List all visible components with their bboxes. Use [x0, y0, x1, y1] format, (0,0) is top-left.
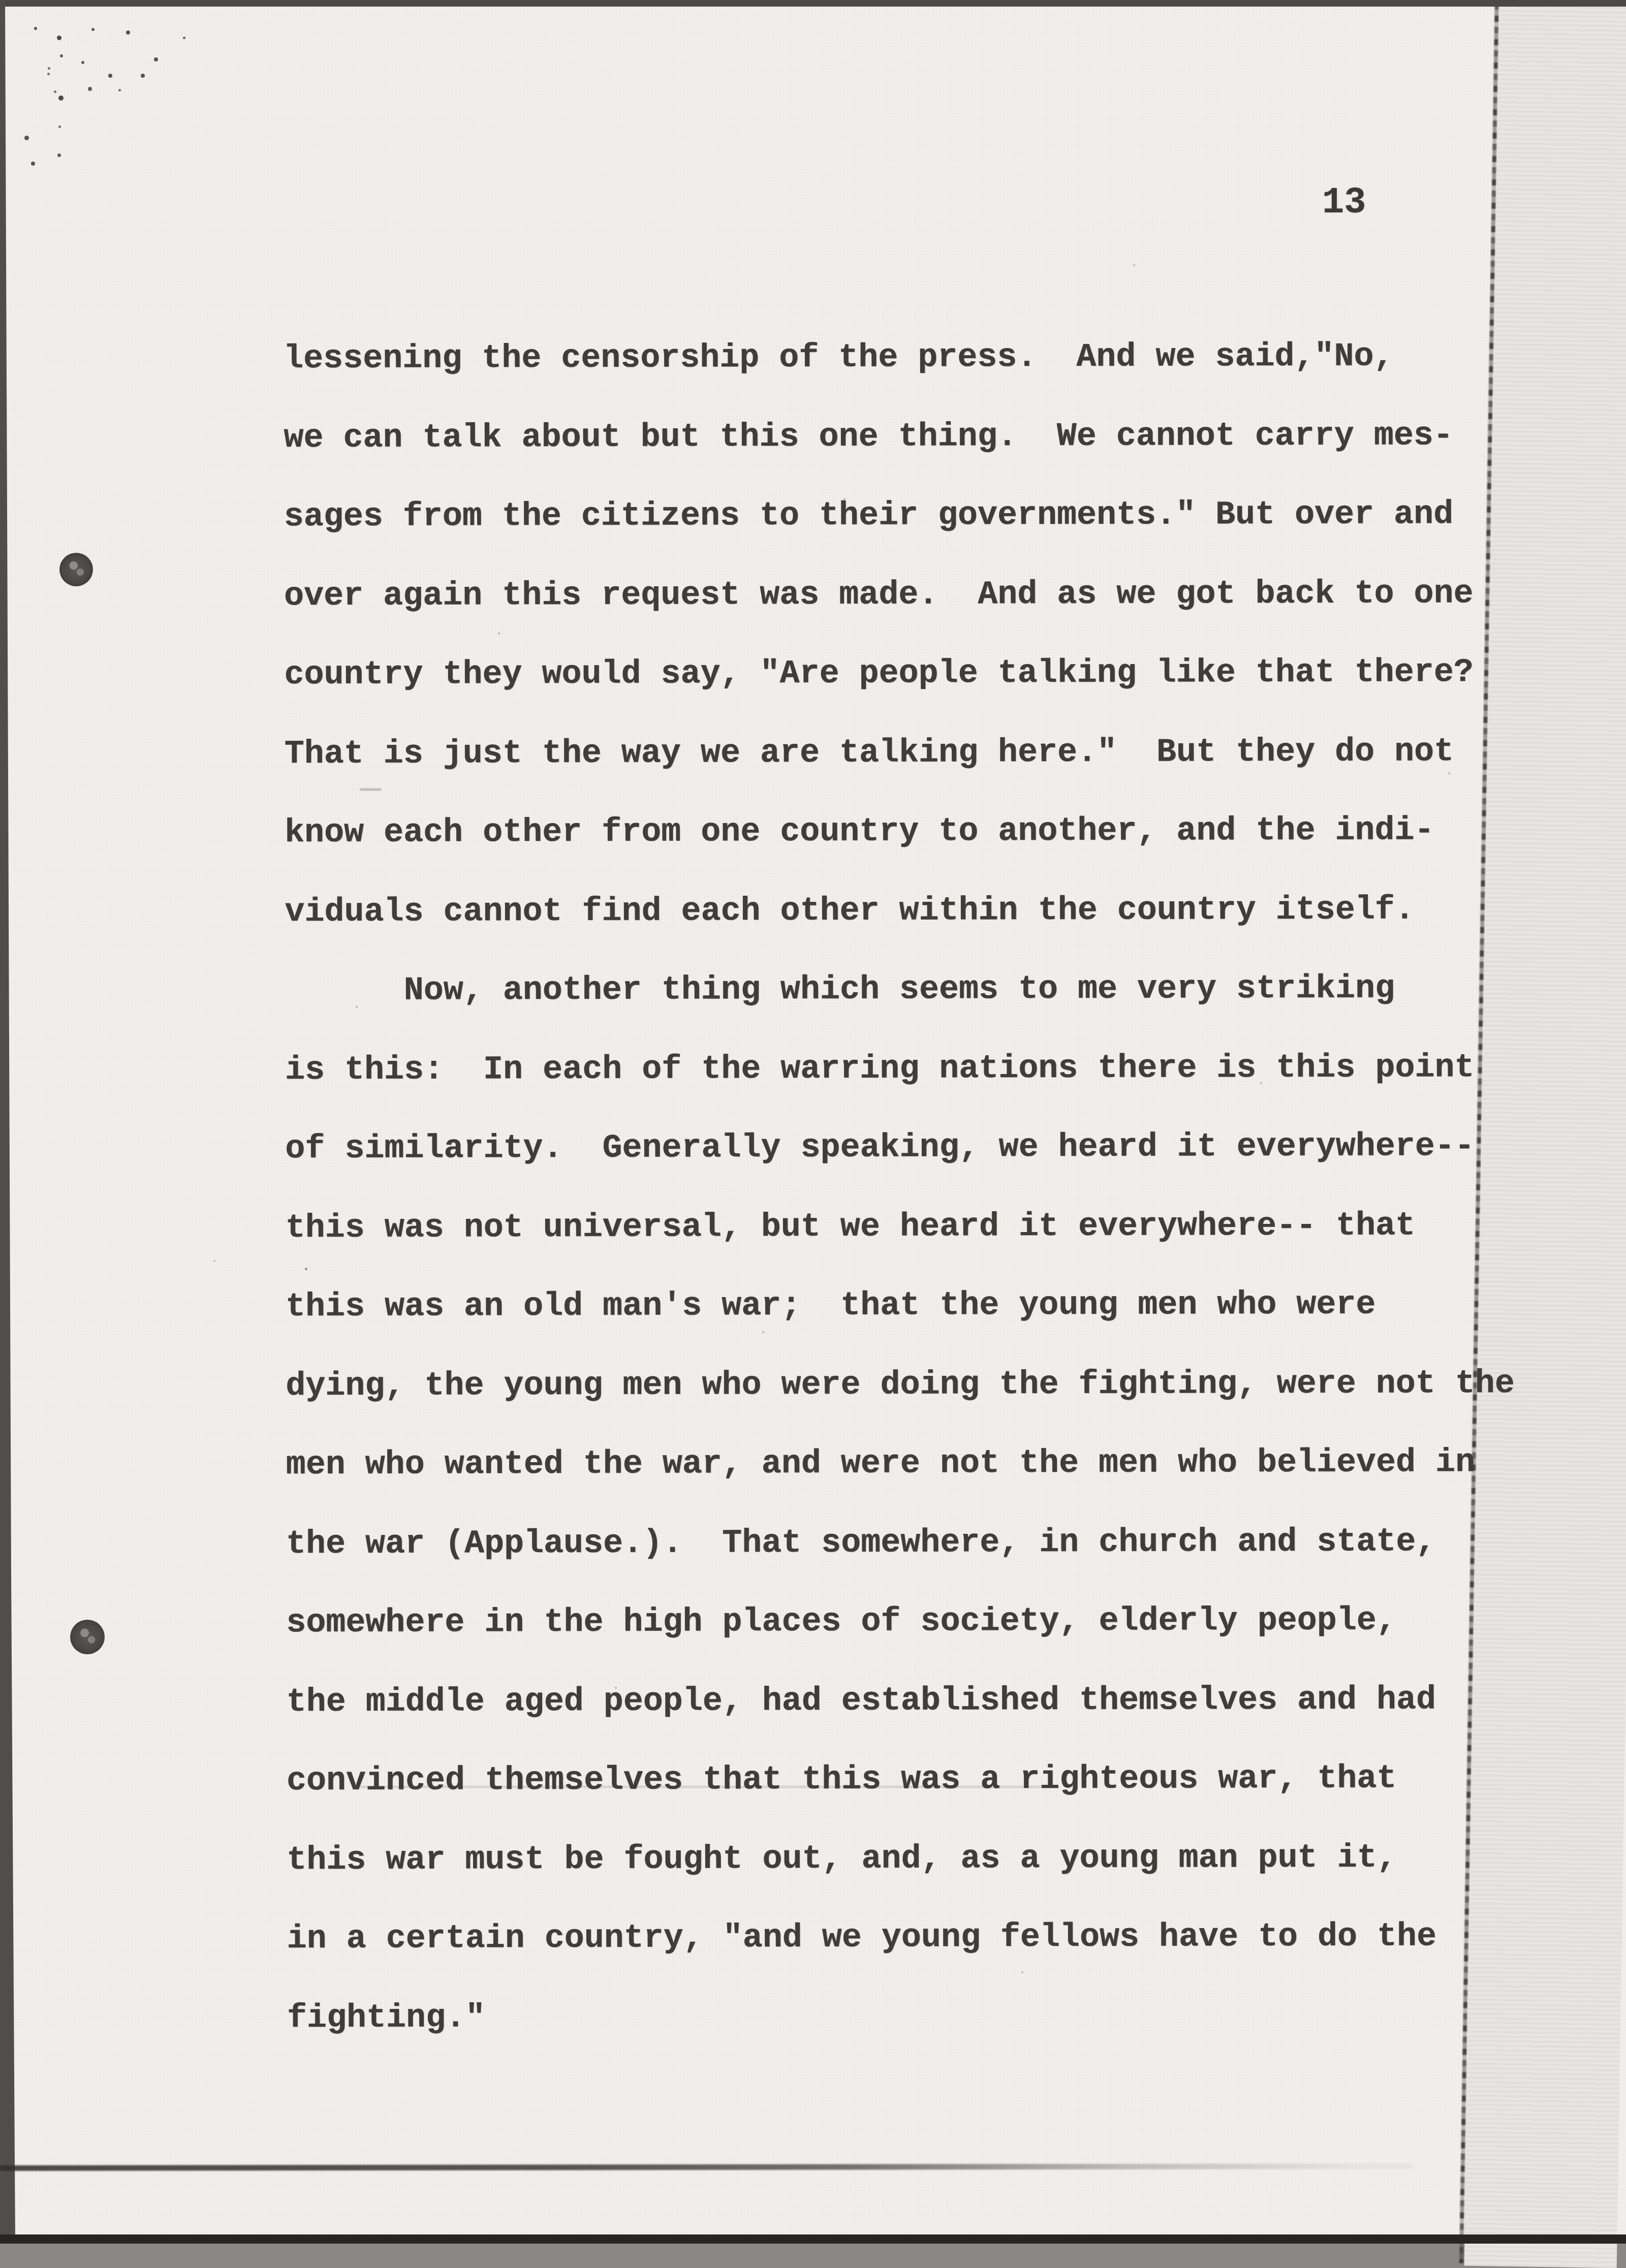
ink-speck [57, 36, 61, 40]
top-scan-edge [0, 0, 1626, 7]
ink-speck [81, 61, 84, 64]
text-line: men who wanted the war, and were not the… [286, 1444, 1556, 1526]
ink-speck [126, 30, 130, 35]
ink-speck [47, 73, 50, 75]
left-scan-edge [0, 0, 20, 2244]
text-line: over again this request was made. And as… [284, 575, 1554, 656]
ink-speck [183, 37, 185, 39]
text-line: the middle aged people, had established … [287, 1681, 1557, 1762]
ink-speck [1133, 264, 1135, 266]
text-line: this war must be fought out, and, as a y… [287, 1839, 1557, 1920]
text-line: lessening the censorship of the press. A… [284, 338, 1554, 420]
text-line: sages from the citizens to their governm… [284, 496, 1554, 578]
text-line: of similarity. Generally speaking, we he… [285, 1128, 1555, 1210]
ink-speck [57, 153, 61, 157]
bottom-scan-band [0, 2234, 1626, 2244]
ink-speck [54, 90, 56, 93]
ink-speck [48, 67, 50, 70]
page-number: 13 [1322, 182, 1366, 224]
text-line: the war (Applause.). That somewhere, in … [286, 1523, 1556, 1604]
typed-text-block: lessening the censorship of the press. A… [284, 338, 1557, 2078]
text-line: fighting." [287, 1997, 1557, 2078]
bottom-crease-line [0, 2163, 1413, 2171]
ink-speck [60, 54, 63, 57]
ink-speck [31, 162, 35, 166]
ink-speck [24, 136, 29, 140]
text-line: That is just the way we are talking here… [285, 733, 1555, 814]
ink-speck [88, 87, 92, 91]
text-line: is this: In each of the warring nations … [285, 1049, 1555, 1130]
hole-punch-mark-top [59, 553, 93, 586]
text-line: convinced themselves that this was a rig… [287, 1760, 1557, 1842]
text-line: in a certain country, "and we young fell… [287, 1918, 1557, 2000]
text-line: know each other from one country to anot… [285, 812, 1555, 894]
text-line: this was not universal, but we heard it … [286, 1207, 1556, 1288]
text-line: Now, another thing which seems to me ver… [285, 970, 1555, 1052]
ink-speck [154, 57, 158, 61]
text-line: country they would say, "Are people talk… [284, 654, 1554, 736]
ink-speck [141, 74, 145, 78]
ink-speck [108, 74, 112, 78]
text-line: we can talk about but this one thing. We… [284, 417, 1554, 498]
text-line: somewhere in the high places of society,… [286, 1602, 1556, 1684]
text-line: this was an old man's war; that the youn… [286, 1286, 1556, 1368]
hole-punch-mark-bottom [70, 1620, 105, 1654]
ink-speck [58, 96, 64, 101]
ink-speck [58, 125, 61, 128]
ink-speck [118, 89, 121, 91]
ink-speck [91, 28, 95, 31]
text-line: dying, the young men who were doing the … [286, 1365, 1556, 1446]
ink-speck [34, 27, 37, 30]
document-page: 13 lessening the censorship of the press… [0, 0, 1626, 2244]
text-line: viduals cannot find each other within th… [285, 891, 1555, 972]
ink-speck [213, 1260, 215, 1262]
